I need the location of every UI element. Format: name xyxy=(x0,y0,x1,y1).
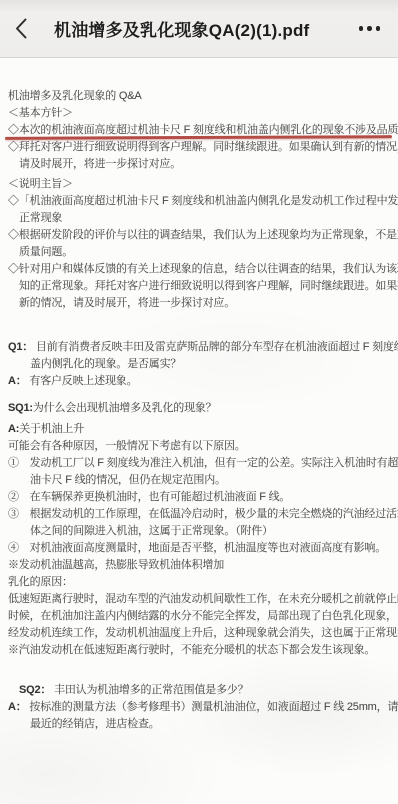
qa-label: A： xyxy=(8,701,27,713)
chevron-left-icon xyxy=(15,18,27,39)
document-line: Q1： 目前有消费者反映丰田及雷克萨斯品牌的部分车型存在机油液面超过 F 刻度线… xyxy=(8,339,390,356)
document-line: 可能会有各种原因，一般情况下考虑有以下原因。 xyxy=(8,438,390,455)
qa-label: A： xyxy=(8,375,27,387)
document-line: SQ1:为什么会出现机油增多及乳化的现象？ xyxy=(8,400,390,417)
app-bar: 机油增多及乳化现象QA(2)(1).pdf xyxy=(0,0,398,58)
document-line: 乳化的原因： xyxy=(8,574,390,591)
document-line: ◇拜托对客户进行细致说明得到客户理解。同时继续跟进。如果确认到有新的情况， xyxy=(8,139,390,156)
document-lines: 机油增多及乳化现象的 Q&A＜基本方针＞◇本次的机油液面高度超过机油卡尺 F 刻… xyxy=(8,88,390,733)
document-line: ① 发动机工厂以 F 刻度线为准注入机油，但有一定的公差。实际注入机油时有超过机 xyxy=(8,455,390,472)
document-line: A:关于机油上升 xyxy=(8,421,390,438)
back-button[interactable] xyxy=(0,0,42,58)
document-line: 体之间的间隙进入机油，这属于正常现象。（附件） xyxy=(30,523,390,540)
document-line: 最近的经销店，进店检查。 xyxy=(30,716,390,733)
qa-label: SQ1: xyxy=(8,402,33,414)
document-line: ◇本次的机油液面高度超过机油卡尺 F 刻度线和机油盖内侧乳化的现象不涉及品质问题… xyxy=(8,122,390,139)
document-line: ◇根据研发阶段的评价与以往的调查结果，我们认为上述现象均为正常现象，不是产品 xyxy=(8,227,390,244)
document-line: 知的正常现象。拜托对客户进行细致说明以得到客户理解，同时继续跟进。如果确认到有 xyxy=(19,278,390,295)
document-line: A： 有客户反映上述现象。 xyxy=(8,373,390,390)
qa-label: SQ2： xyxy=(19,684,51,696)
more-menu-button[interactable] xyxy=(349,0,398,58)
pdf-document[interactable]: 机油增多及乳化现象的 Q&A＜基本方针＞◇本次的机油液面高度超过机油卡尺 F 刻… xyxy=(0,59,398,804)
qa-label: Q1： xyxy=(8,341,33,353)
document-line: ③ 根据发动机的工作原理，在低温冷启动时，极少量的未完全燃烧的汽油经过活塞环与缸 xyxy=(8,506,390,523)
document-line: 请及时展开，将进一步探讨对应。 xyxy=(19,156,390,173)
document-line: ＜基本方针＞ xyxy=(8,105,390,122)
document-line: 新的情况，请及时展开，将进一步探讨对应。 xyxy=(19,295,390,312)
document-line: 经发动机连续工作，发动机机油温度上升后，这种现象就会消失，这也属于正常现象。 xyxy=(8,625,390,642)
document-line: 机油增多及乳化现象的 Q&A xyxy=(8,88,390,105)
document-line: 时候，在机油加注盖内内侧结露的水分不能完全挥发，局部出现了白色乳化现象， xyxy=(8,608,390,625)
document-line: A： 按标准的测量方法（参考修理书）测量机油油位，如液面超过 F 线 25mm，… xyxy=(8,699,390,716)
document-title: 机油增多及乳化现象QA(2)(1).pdf xyxy=(54,16,349,41)
document-line: 油卡尺 F 线的情况，但仍在规定范围内。 xyxy=(30,472,390,489)
document-line: SQ2： 丰田认为机油增多的正常范围值是多少？ xyxy=(19,682,390,699)
document-line: ◇针对用户和媒体反馈的有关上述现象的信息，结合以往调查的结果，我们认为该现象是已 xyxy=(8,261,390,278)
document-line: ④ 对机油液面高度测量时，地面是否平整，机油温度等也对液面高度有影响。 xyxy=(8,540,390,557)
document-line: ◇「机油液面高度超过机油卡尺 F 刻度线和机油盖内侧乳化是发动机工作过程中发生的 xyxy=(8,193,390,210)
document-line: ＜说明主旨＞ xyxy=(8,176,390,193)
ellipsis-icon xyxy=(359,26,381,31)
qa-label: A: xyxy=(8,423,19,435)
document-line: 正常现象 xyxy=(19,210,390,227)
document-line: 盖内侧乳化的现象。是否属实？ xyxy=(30,356,390,373)
document-line: 质量问题。 xyxy=(19,244,390,261)
document-line: 低速短距离行驶时，混动车型的汽油发动机间歇性工作，在未充分暖机之前就停止的 xyxy=(8,591,390,608)
document-line: ② 在车辆保养更换机油时，也有可能超过机油液面 F 线。 xyxy=(8,489,390,506)
document-line: ※汽油发动机在低速短距离行驶时，不能充分暖机的状态下都会发生该现象。 xyxy=(8,642,390,659)
pdf-viewer-screen: 机油增多及乳化现象QA(2)(1).pdf 机油增多及乳化现象的 Q&A＜基本方… xyxy=(0,0,398,804)
document-line: ※发动机油温越高，热膨胀导致机油体积增加 xyxy=(8,557,390,574)
